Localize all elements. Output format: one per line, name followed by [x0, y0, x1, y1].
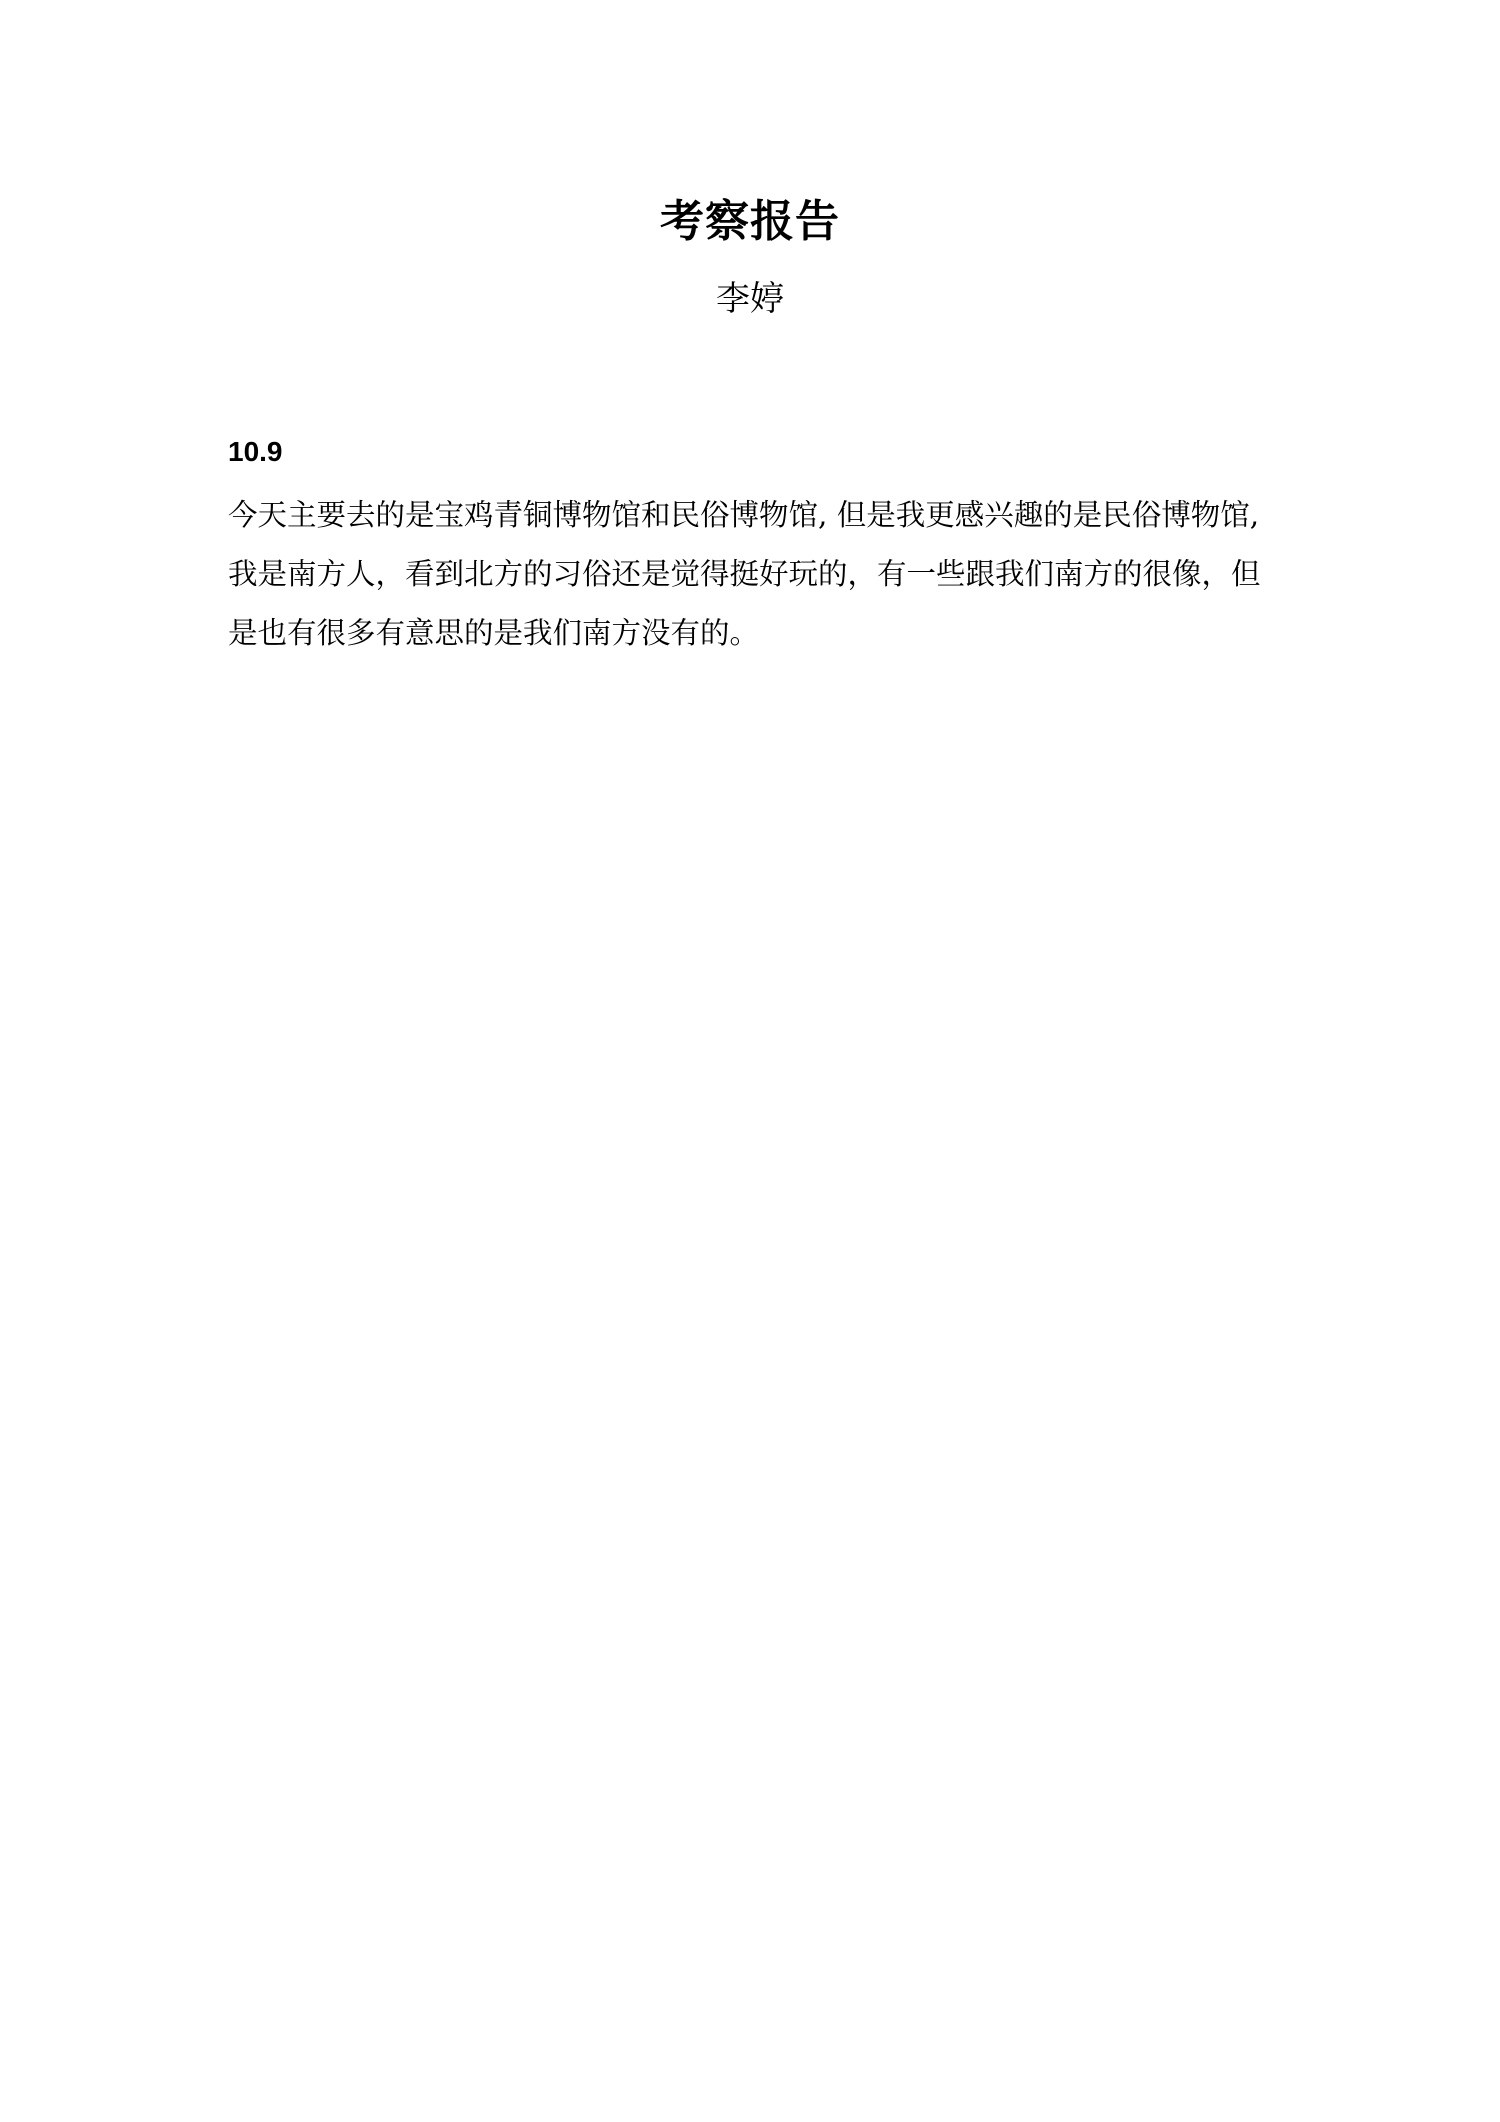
- section-paragraph: 今天主要去的是宝鸡青铜博物馆和民俗博物馆, 但是我更感兴趣的是民俗博物馆, 我是…: [228, 486, 1308, 663]
- document-page: 考察报告 李婷 10.9 今天主要去的是宝鸡青铜博物馆和民俗博物馆, 但是我更感…: [0, 0, 1500, 2122]
- section-date-heading: 10.9: [228, 432, 283, 472]
- paragraph-line: 我是南方人，看到北方的习俗还是觉得挺好玩的，有一些跟我们南方的很像，但: [228, 545, 1308, 604]
- document-title: 考察报告: [0, 192, 1500, 252]
- paragraph-line: 今天主要去的是宝鸡青铜博物馆和民俗博物馆, 但是我更感兴趣的是民俗博物馆,: [228, 486, 1308, 545]
- document-author: 李婷: [0, 274, 1500, 324]
- paragraph-line: 是也有很多有意思的是我们南方没有的。: [228, 604, 1308, 663]
